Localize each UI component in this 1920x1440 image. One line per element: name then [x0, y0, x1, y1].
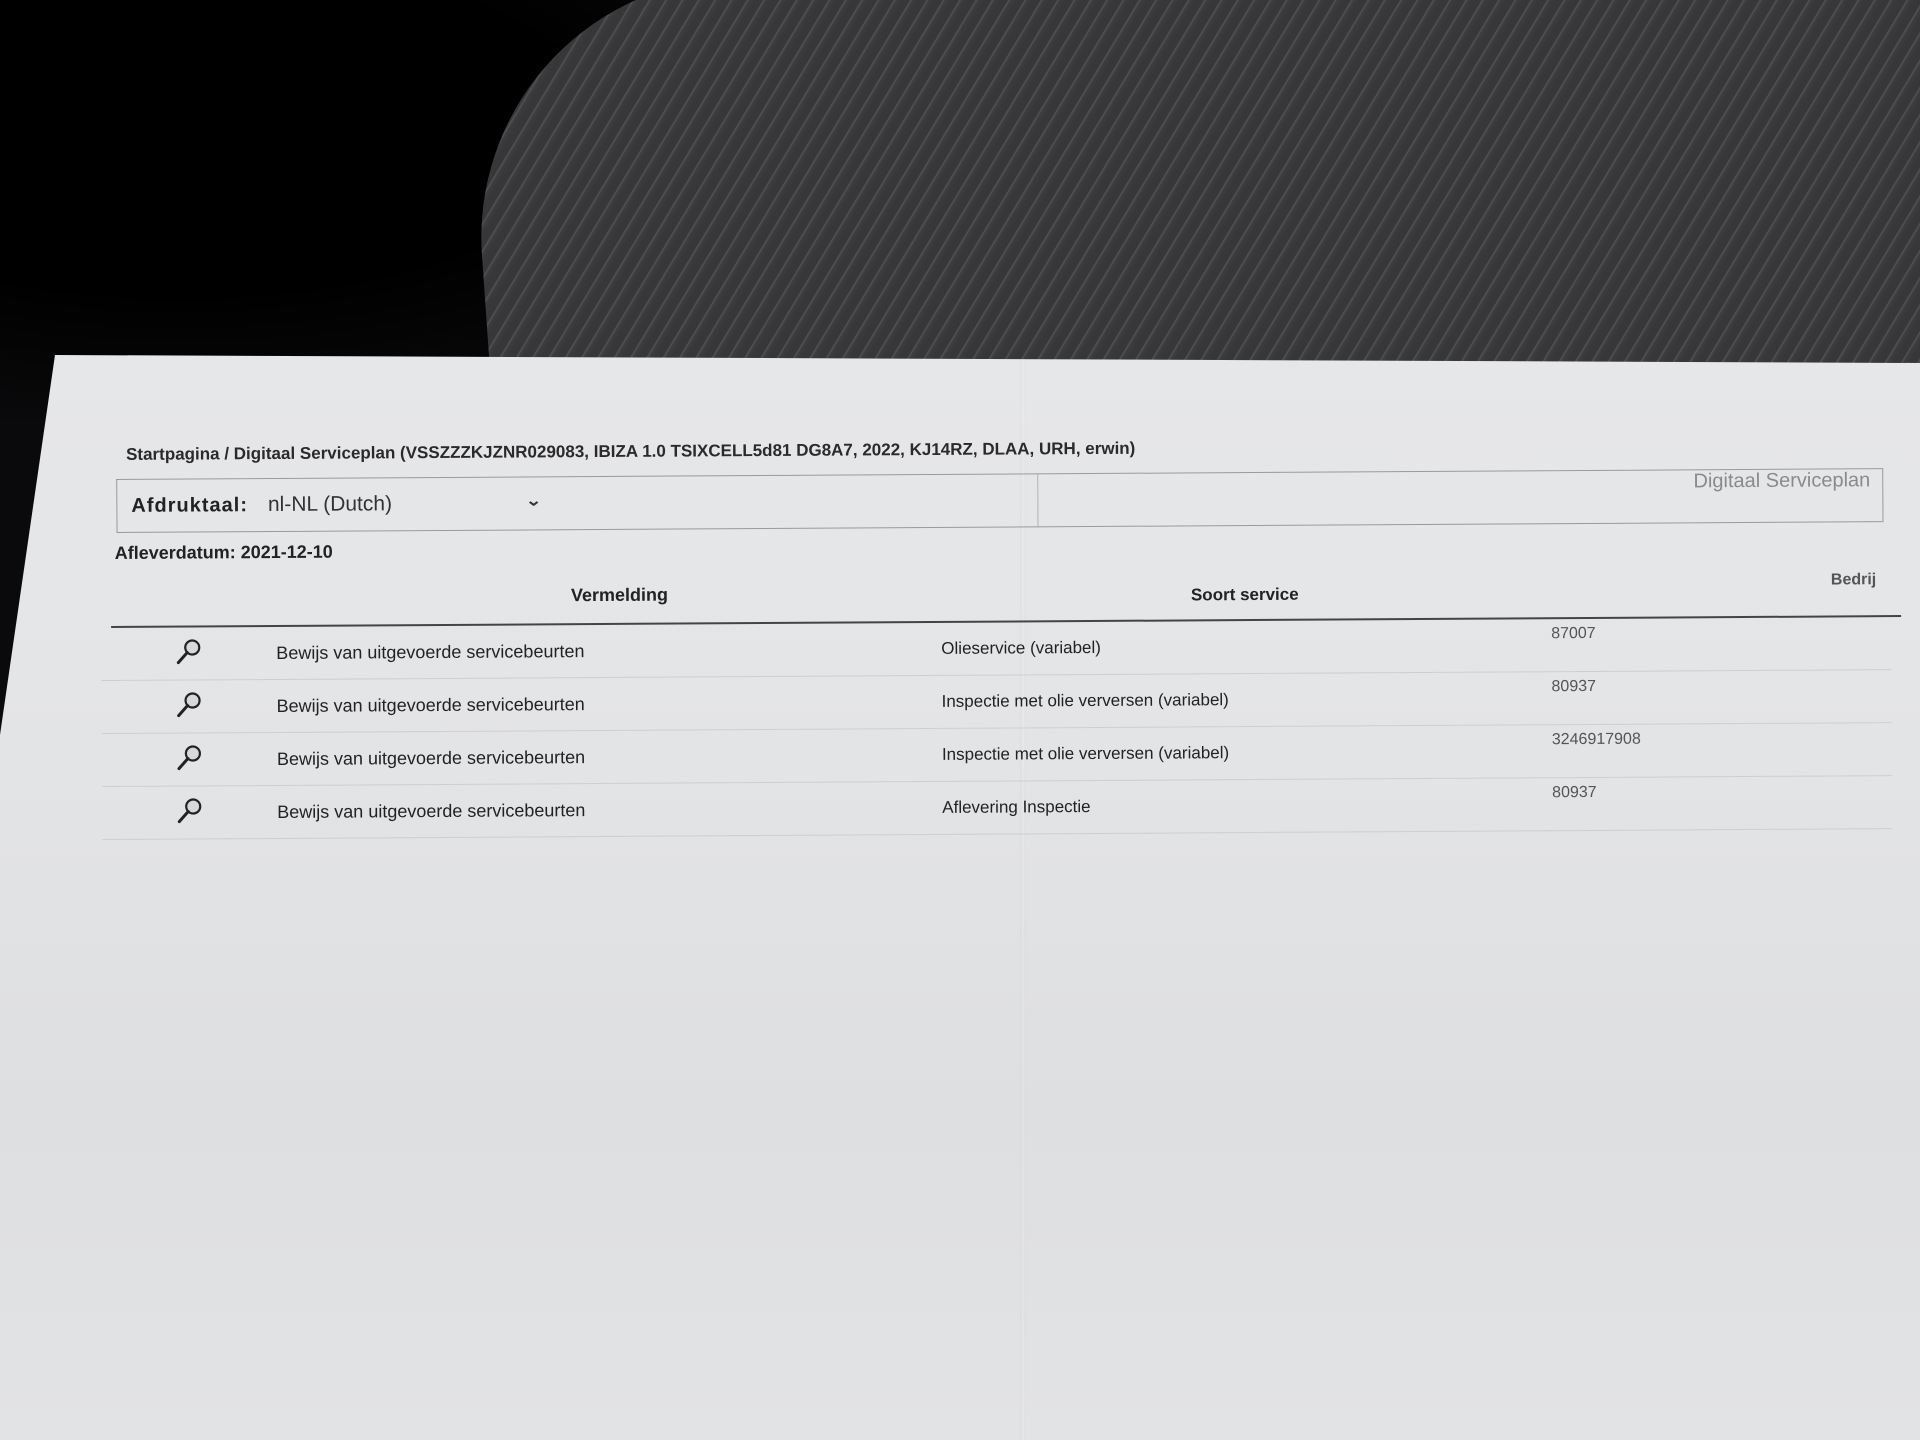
row-bedrijf: 87007: [1551, 617, 1891, 672]
row-vermelding: Bewijs van uitgevoerde servicebeurten: [276, 675, 941, 732]
row-soort-service: Inspectie met olie verversen (variabel): [942, 725, 1552, 782]
magnifier-icon[interactable]: [174, 636, 204, 671]
row-vermelding: Bewijs van uitgevoerde servicebeurten: [277, 781, 942, 838]
column-header-bedrijf[interactable]: Bedrij: [1831, 571, 1876, 589]
table-header: Vermelding Soort service Bedrij: [111, 557, 1901, 626]
printed-document: Startpagina / Digitaal Serviceplan (VSSZ…: [110, 434, 1902, 840]
chevron-down-icon: ⌄: [525, 491, 541, 515]
panel-title: Digitaal Serviceplan: [1693, 469, 1870, 493]
row-view-cell: [102, 785, 277, 839]
row-view-cell: [101, 679, 276, 733]
row-soort-service: Inspectie met olie verversen (variabel): [941, 672, 1551, 729]
print-language-value: nl-NL (Dutch): [268, 492, 392, 517]
service-plan-panel: Afdruktaal: nl-NL (Dutch) ⌄ Digitaal Ser…: [116, 468, 1883, 533]
service-table: Bewijs van uitgevoerde servicebeurtenOli…: [101, 617, 1892, 840]
magnifier-icon[interactable]: [175, 795, 205, 830]
magnifier-icon[interactable]: [174, 742, 204, 777]
row-view-cell: [101, 627, 276, 681]
row-soort-service: Aflevering Inspectie: [942, 778, 1552, 835]
row-bedrijf: 3246917908: [1552, 723, 1892, 778]
print-language-label: Afdruktaal:: [131, 494, 248, 518]
magnifier-icon[interactable]: [174, 689, 204, 724]
row-vermelding: Bewijs van uitgevoerde servicebeurten: [277, 728, 942, 785]
row-view-cell: [102, 732, 277, 786]
row-vermelding: Bewijs van uitgevoerde servicebeurten: [276, 623, 941, 680]
table-row: Bewijs van uitgevoerde servicebeurtenAfl…: [102, 776, 1892, 840]
header-divider: [1037, 474, 1038, 526]
column-header-vermelding[interactable]: Vermelding: [571, 585, 668, 607]
panel-header: Afdruktaal: nl-NL (Dutch) ⌄ Digitaal Ser…: [117, 469, 1882, 533]
row-bedrijf: 80937: [1552, 776, 1892, 831]
column-header-soort-service[interactable]: Soort service: [1191, 585, 1299, 606]
print-language-select[interactable]: nl-NL (Dutch) ⌄: [264, 491, 544, 517]
row-soort-service: Olieservice (variabel): [941, 619, 1551, 675]
row-bedrijf: 80937: [1551, 670, 1891, 725]
